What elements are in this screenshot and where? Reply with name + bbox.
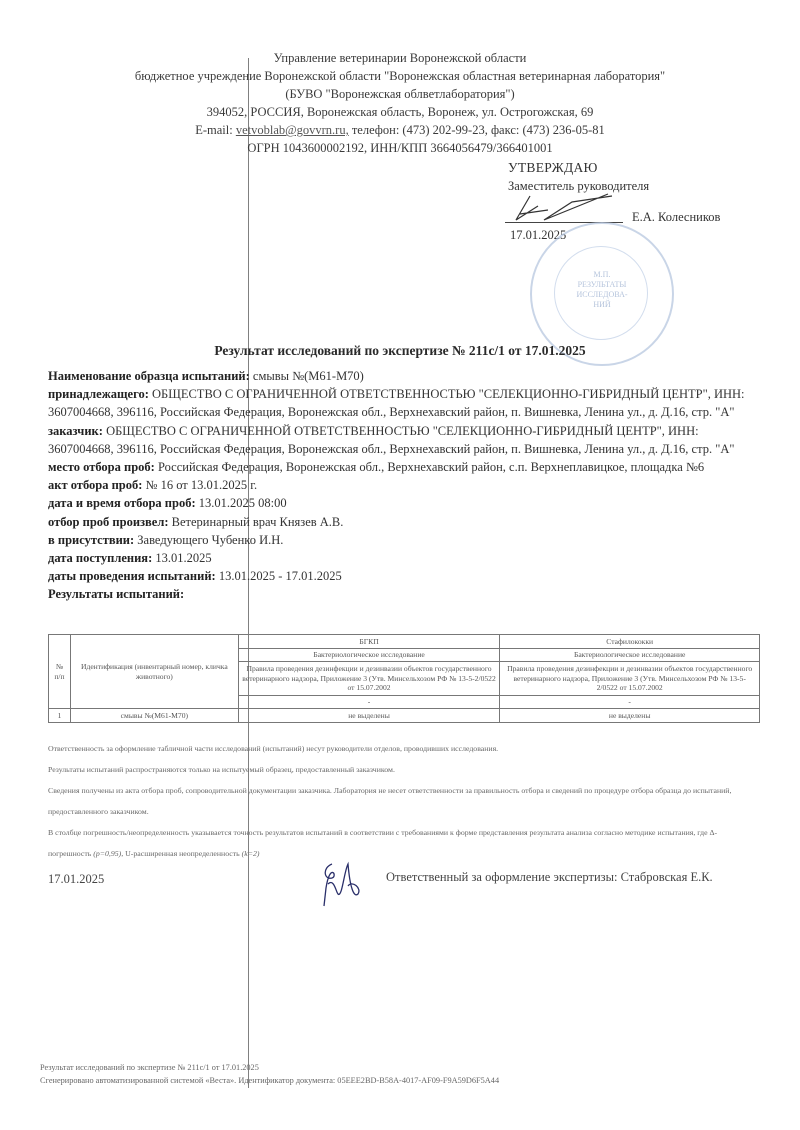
results-table: № п/п Идентификация (инвентарный номер, … (48, 634, 760, 723)
email-label: E-mail: (195, 123, 233, 137)
field-received-date: дата поступления: 13.01.2025 (48, 549, 760, 567)
row-result-bgkp: не выделены (238, 709, 500, 723)
field-owner: принадлежащего: ОБЩЕСТВО С ОГРАНИЧЕННОЙ … (48, 385, 760, 421)
document-title: Результат исследований по экспертизе № 2… (0, 343, 800, 359)
field-sampling-datetime: дата и время отбора проб: 13.01.2025 08:… (48, 494, 760, 512)
responsible-signature (318, 858, 362, 915)
note-scope: Результаты испытаний распространяются то… (48, 759, 760, 780)
row-result-staph: не выделены (500, 709, 760, 723)
footer-reference: Результат исследований по экспертизе № 2… (40, 1061, 499, 1074)
field-sample-name: Наименование образца испытаний: смывы №(… (48, 367, 760, 385)
sample-details: Наименование образца испытаний: смывы №(… (48, 367, 760, 604)
footer-generated: Сгенерировано автоматизированной системо… (40, 1074, 499, 1087)
col-header-number: № п/п (49, 635, 71, 709)
footer-date: 17.01.2025 (48, 872, 104, 887)
org-address: 394052, РОССИЯ, Воронежская область, Вор… (0, 102, 800, 122)
field-in-presence: в присутствии: Заведующего Чубенко И.Н. (48, 531, 760, 549)
org-header-line3: (БУВО "Воронежская облветлаборатория") (0, 84, 800, 104)
approval-block: УТВЕРЖДАЮ Заместитель руководителя (508, 158, 649, 196)
note-source: Сведения получены из акта отбора проб, с… (48, 780, 760, 822)
responsible-person: Ответственный за оформление экспертизы: … (386, 870, 713, 885)
group-name-bgkp: БГКП (238, 635, 500, 649)
table-row: 1 смывы №(М61-М70) не выделены не выделе… (49, 709, 760, 723)
row-number: 1 (49, 709, 71, 723)
approval-name: Е.А. Колесников (632, 210, 720, 225)
phones: телефон: (473) 202-99-23, факс: (473) 23… (352, 123, 605, 137)
org-header-line2: бюджетное учреждение Воронежской области… (0, 66, 800, 86)
org-header-line1: Управление ветеринарии Воронежской облас… (0, 48, 800, 68)
unit-staph: - (500, 696, 760, 709)
approval-heading: УТВЕРЖДАЮ (508, 158, 649, 177)
field-test-dates: даты проведения испытаний: 13.01.2025 - … (48, 567, 760, 585)
field-sampled-by: отбор проб произвел: Ветеринарный врач К… (48, 513, 760, 531)
normative-bgkp: Правила проведения дезинфекции и дезинва… (238, 662, 500, 696)
method-bgkp: Бактериологическое исследование (238, 649, 500, 662)
method-staph: Бактериологическое исследование (500, 649, 760, 662)
field-sampling-act: акт отбора проб: № 16 от 13.01.2025 г. (48, 476, 760, 494)
note-responsibility: Ответственность за оформление табличной … (48, 738, 760, 759)
stamp-text: М.П. РЕЗУЛЬТАТЫ ИССЛЕДОВА- НИЙ (532, 270, 672, 310)
email-link[interactable]: vetvoblab@govvrn.ru, (236, 123, 349, 137)
notes-block: Ответственность за оформление табличной … (48, 738, 760, 864)
org-contacts: E-mail: vetvoblab@govvrn.ru, телефон: (4… (0, 120, 800, 140)
field-customer: заказчик: ОБЩЕСТВО С ОГРАНИЧЕННОЙ ОТВЕТС… (48, 422, 760, 458)
org-registration: ОГРН 1043600002192, ИНН/КПП 3664056479/3… (0, 138, 800, 158)
note-uncertainty: В столбце погрешность/неопределенность у… (48, 822, 760, 864)
unit-bgkp: - (238, 696, 500, 709)
group-name-staph: Стафилококки (500, 635, 760, 649)
row-identification: смывы №(М61-М70) (70, 709, 238, 723)
field-sampling-place: место отбора проб: Российская Федерация,… (48, 458, 760, 476)
col-header-identification: Идентификация (инвентарный номер, кличка… (70, 635, 238, 709)
document-footer: Результат исследований по экспертизе № 2… (40, 1061, 499, 1087)
results-heading: Результаты испытаний: (48, 585, 760, 603)
normative-staph: Правила проведения дезинфекции и дезинва… (500, 662, 760, 696)
